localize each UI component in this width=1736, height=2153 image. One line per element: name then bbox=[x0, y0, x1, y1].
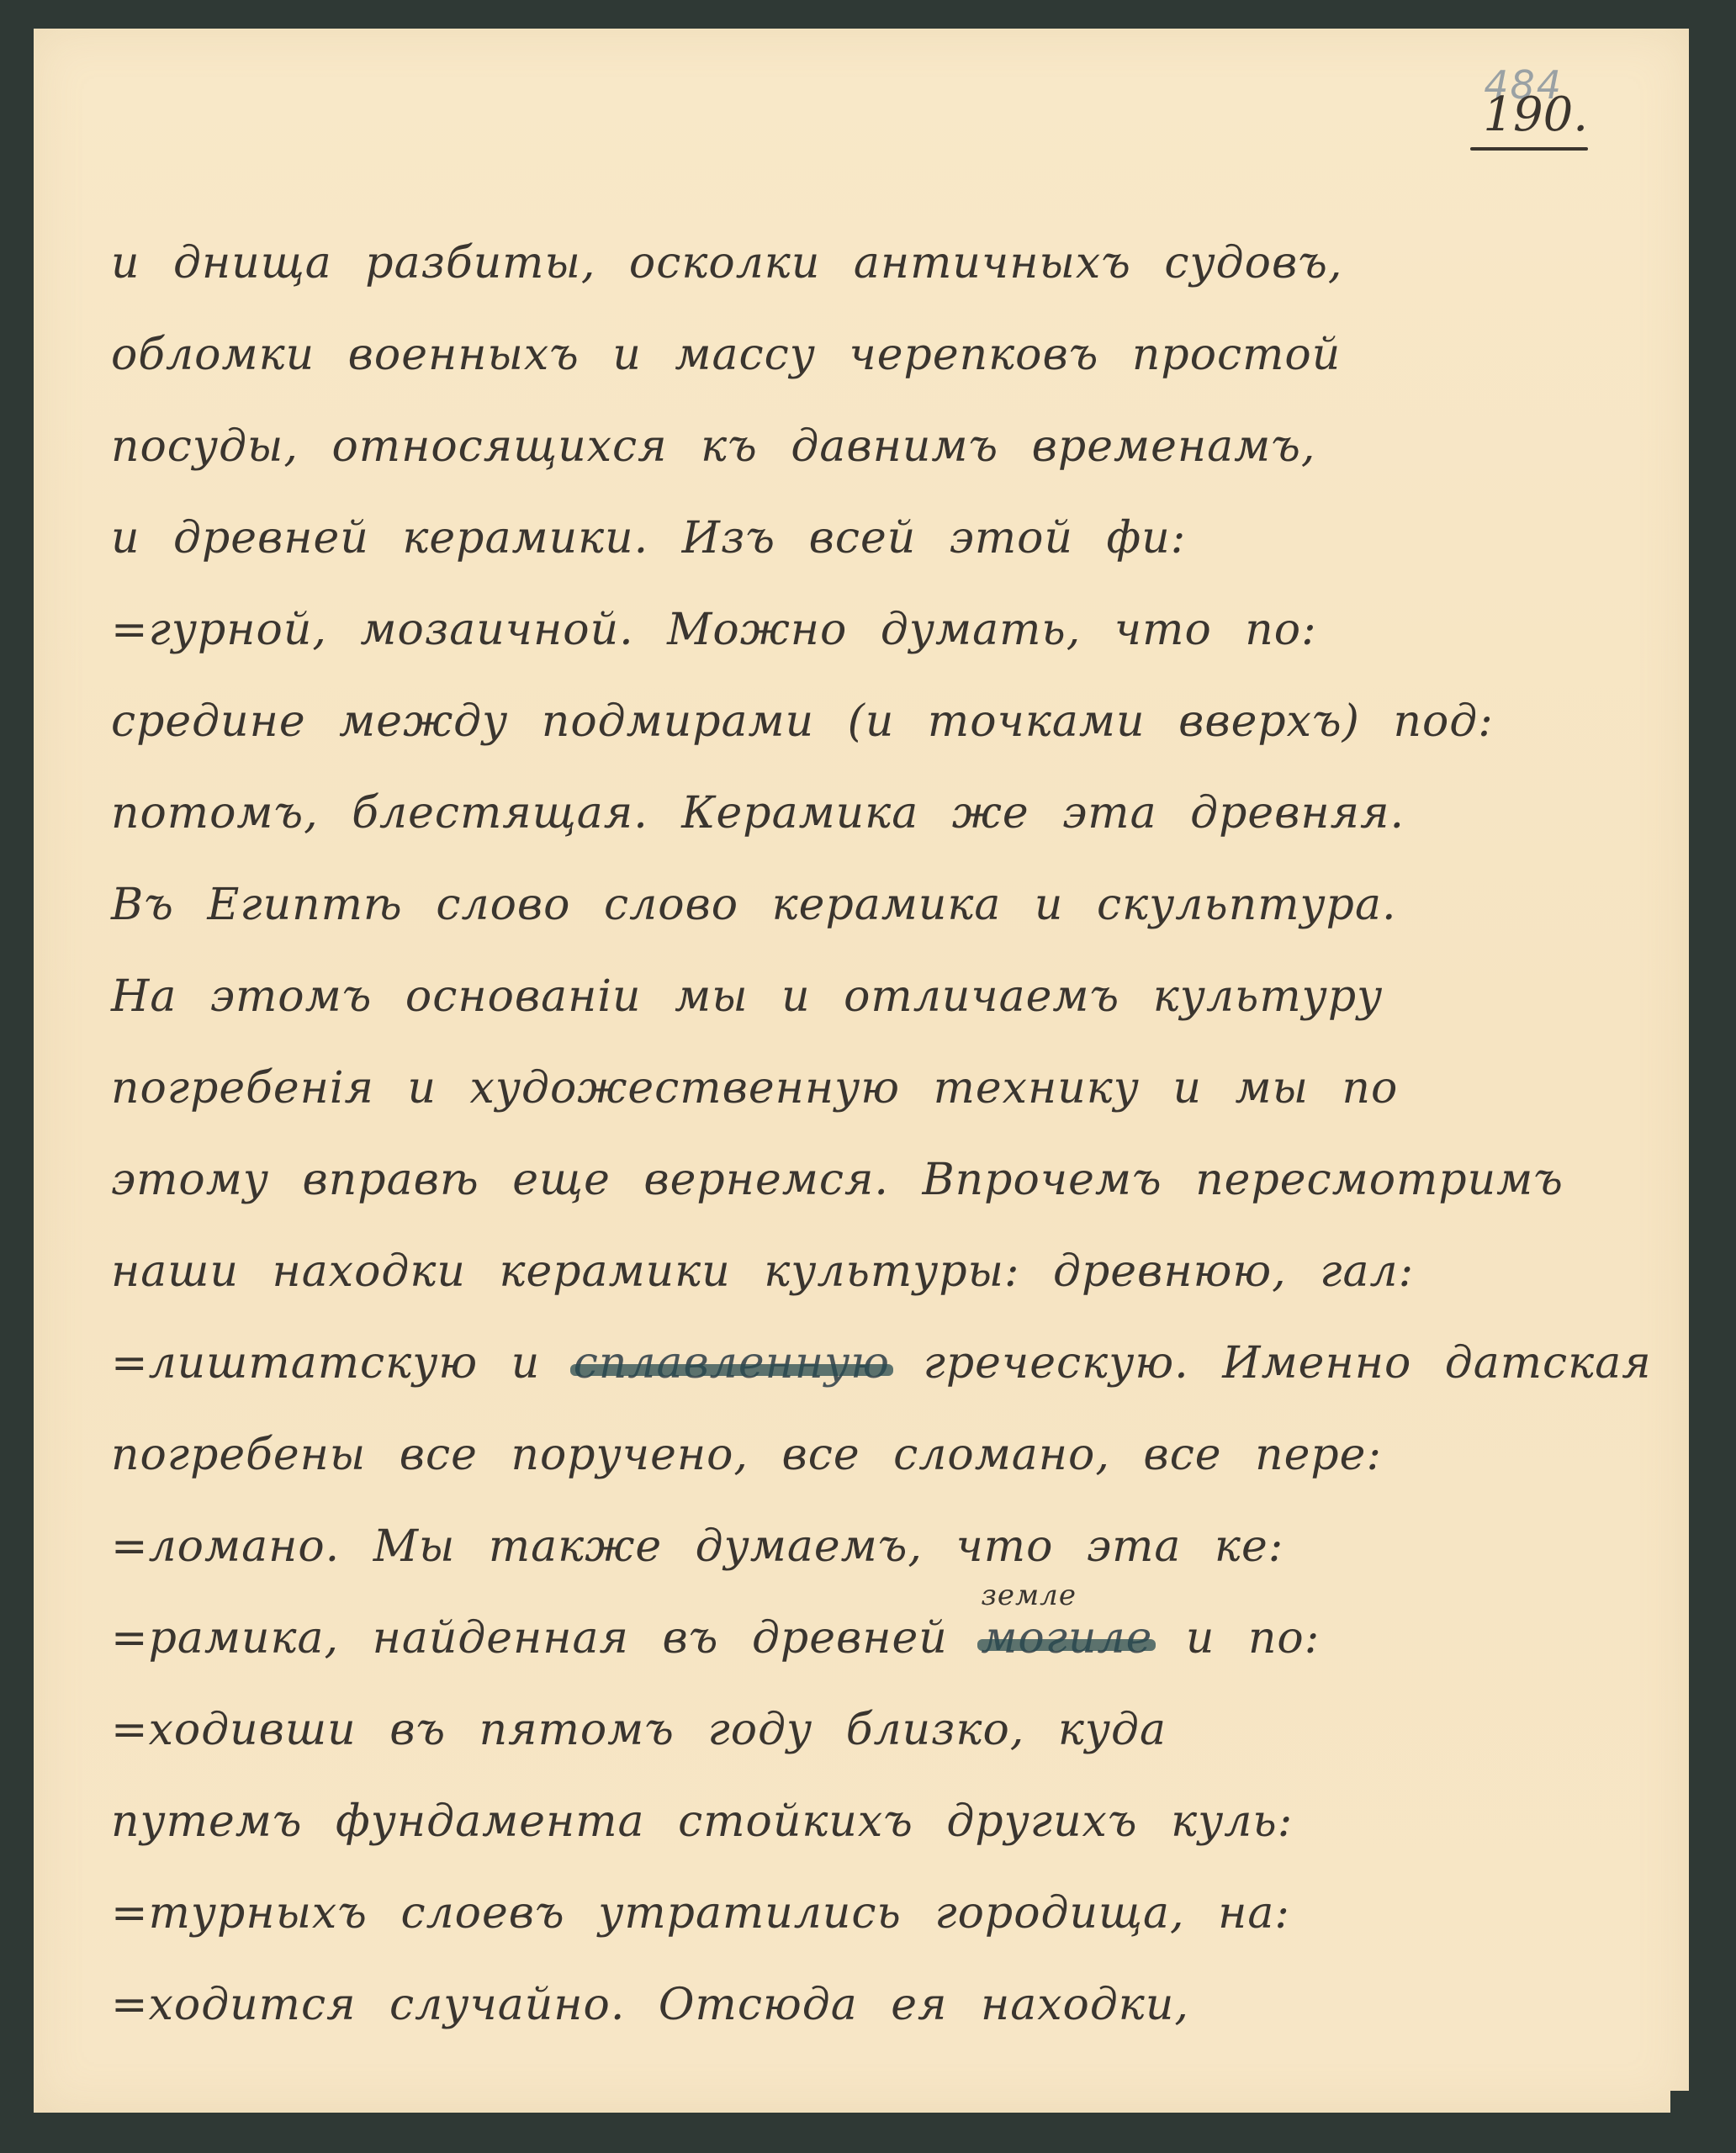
struck-through-word: могиле bbox=[981, 1613, 1152, 1664]
line-text: =ломано. Мы также думаемъ, что эта ке: bbox=[111, 1521, 1283, 1572]
struck-through-word: сплавленную bbox=[574, 1338, 890, 1389]
text-line: На этомъ основаніи мы и отличаемъ культу… bbox=[111, 951, 1675, 1043]
line-text: Въ Египтѣ слово слово керамика и скульпт… bbox=[111, 880, 1396, 930]
text-line: и днища разбиты, осколки античныхъ судов… bbox=[111, 218, 1675, 309]
text-line: обломки военныхъ и массу черепковъ прост… bbox=[111, 309, 1675, 401]
line-text-continued: и по: bbox=[1186, 1613, 1320, 1664]
line-text: обломки военныхъ и массу черепковъ прост… bbox=[111, 330, 1341, 380]
line-text: посуды, относящихся къ давнимъ временамъ… bbox=[111, 421, 1315, 472]
line-text: путемъ фундамента стойкихъ другихъ куль: bbox=[111, 1796, 1293, 1847]
line-text: этому вправѣ еще вернемся. Впрочемъ пере… bbox=[111, 1155, 1564, 1205]
text-line: наши находки керамики культуры: древнюю,… bbox=[111, 1226, 1675, 1318]
line-text: =турныхъ слоевъ утратились городища, на: bbox=[111, 1888, 1290, 1939]
text-line: =ломано. Мы также думаемъ, что эта ке: bbox=[111, 1501, 1675, 1593]
text-line: погребенія и художественную технику и мы… bbox=[111, 1043, 1675, 1135]
line-text: =гурной, мозаичной. Можно думать, что по… bbox=[111, 605, 1317, 655]
text-line: =турныхъ слоевъ утратились городища, на: bbox=[111, 1868, 1675, 1960]
text-line: этому вправѣ еще вернемся. Впрочемъ пере… bbox=[111, 1135, 1675, 1226]
text-line: =ходивши въ пятомъ году близко, куда bbox=[111, 1685, 1675, 1776]
line-text: На этомъ основаніи мы и отличаемъ культу… bbox=[111, 971, 1383, 1022]
line-text: средине между подмирами (и точками вверх… bbox=[111, 696, 1494, 747]
ink-folio-number: 190. bbox=[1470, 87, 1588, 142]
text-line: =гурной, мозаичной. Можно думать, что по… bbox=[111, 585, 1675, 676]
line-text: погребенія и художественную технику и мы… bbox=[111, 1063, 1398, 1114]
text-line: и древней керамики. Изъ всей этой фи: bbox=[111, 493, 1675, 585]
interlinear-insertion: земле bbox=[981, 1581, 1077, 1610]
line-text: и днища разбиты, осколки античныхъ судов… bbox=[111, 238, 1342, 288]
text-line: средине между подмирами (и точками вверх… bbox=[111, 676, 1675, 768]
folio-underline bbox=[1470, 147, 1588, 151]
text-line: Въ Египтѣ слово слово керамика и скульпт… bbox=[111, 860, 1675, 951]
line-text: наши находки керамики культуры: древнюю,… bbox=[111, 1246, 1414, 1297]
text-line-with-strikethrough: =лиштатскую и сплавленную греческую. Име… bbox=[111, 1318, 1675, 1410]
text-line: посуды, относящихся къ давнимъ временамъ… bbox=[111, 401, 1675, 493]
text-line: погребены все поручено, все сломано, все… bbox=[111, 1410, 1675, 1501]
line-text: погребены все поручено, все сломано, все… bbox=[111, 1430, 1382, 1480]
manuscript-page: 484 190. и днища разбиты, осколки античн… bbox=[34, 29, 1689, 2113]
line-text-continued: греческую. Именно датская bbox=[924, 1338, 1652, 1389]
line-text: =лиштатскую и bbox=[111, 1338, 540, 1389]
folio-numbers: 484 190. bbox=[1470, 62, 1588, 151]
line-text: =ходивши въ пятомъ году близко, куда bbox=[111, 1705, 1167, 1755]
line-text: и древней керамики. Изъ всей этой фи: bbox=[111, 513, 1186, 563]
line-text: =ходится случайно. Отсюда ея находки, bbox=[111, 1980, 1189, 2030]
text-line: =ходится случайно. Отсюда ея находки, bbox=[111, 1960, 1675, 2051]
line-text: потомъ, блестящая. Керамика же эта древн… bbox=[111, 788, 1405, 838]
text-line: потомъ, блестящая. Керамика же эта древн… bbox=[111, 768, 1675, 860]
handwritten-text-body: и днища разбиты, осколки античныхъ судов… bbox=[111, 218, 1675, 2051]
line-text: =рамика, найденная въ древней bbox=[111, 1613, 948, 1664]
text-line: путемъ фундамента стойкихъ другихъ куль: bbox=[111, 1776, 1675, 1868]
text-line-with-insertion: =рамика, найденная въ древней земле моги… bbox=[111, 1593, 1675, 1685]
